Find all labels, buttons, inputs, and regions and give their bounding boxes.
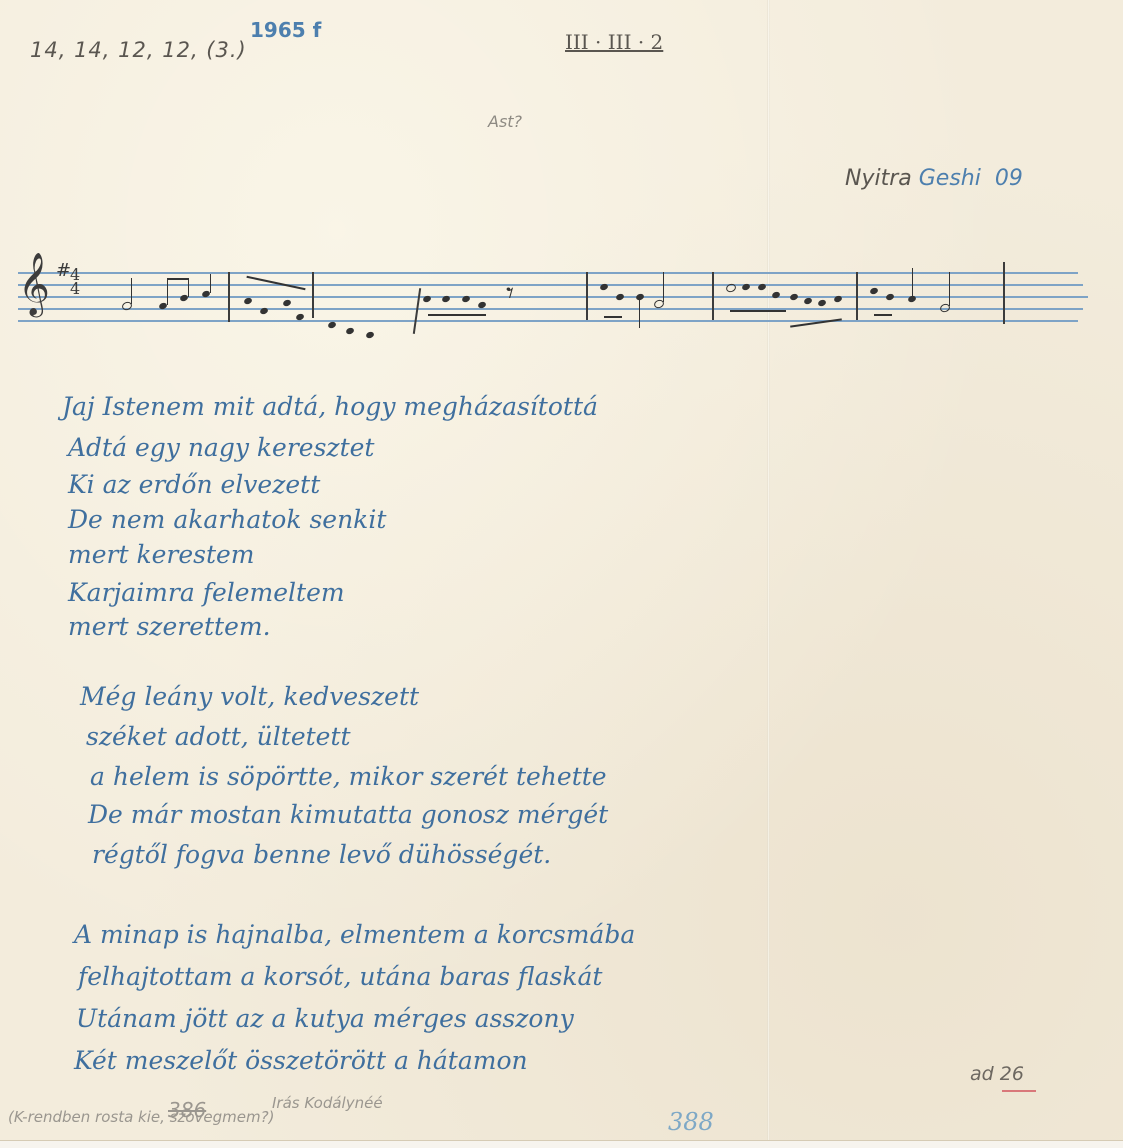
struck-number: 386 [168,1098,206,1122]
sharp-icon: # [56,260,71,281]
lyric-line: régtől fogva benne levő dühösségét. [92,840,551,869]
lyric-line: felhajtottam a korsót, utána baras flask… [78,962,602,991]
lyric-line: a helem is söpörtte, mikor szerét tehett… [90,762,607,791]
lyric-line: De már mostan kimutatta gonosz mérgét [88,800,608,829]
lyric-line: Jaj Istenem mit adtá, hogy megházasított… [62,392,598,421]
catalog-numbers: 14, 14, 12, 12, (3.) [30,38,247,62]
rest-icon: 𝄾 [506,276,514,311]
roman-reference: III · III · 2 [565,30,663,54]
place-pencil: Nyitra [845,166,912,191]
manuscript-page: 14, 14, 12, 12, (3.) 1965 f III · III · … [0,0,1123,1148]
lyric-line: mert szerettem. [68,612,271,641]
ad-note: ad 26 [970,1063,1024,1085]
lyric-line: Ki az erdőn elvezett [68,470,320,499]
lyric-line: De nem akarhatok senkit [68,505,386,534]
lyric-line: A minap is hajnalba, elmentem a korcsmáb… [74,920,635,949]
lyric-line: Még leány volt, kedveszett [80,682,419,711]
lyric-line: Karjaimra felemeltem [68,578,345,607]
paper-fold [767,0,770,1148]
place-ink: Geshi [919,166,981,191]
year-mark: 1965 f [250,18,321,42]
lyric-line: széket adott, ültetett [86,722,351,751]
blue-number: 388 [668,1108,714,1136]
year-short: 09 [995,166,1023,191]
scan-edge [0,1140,1123,1148]
small-pencil-note: Ast? [488,112,522,131]
lyric-line: mert kerestem [68,540,255,569]
red-underline [1002,1090,1036,1092]
time-signature: 4 4 [70,268,80,296]
place-annotation: Nyitra Geshi 09 [845,166,1023,191]
lyric-line: Két meszelőt összetörött a hátamon [74,1046,528,1075]
treble-clef-icon: 𝄞 [18,252,50,316]
lyric-line: Adtá egy nagy keresztet [68,433,374,462]
lyric-line: Utánam jött az a kutya mérges asszony [76,1004,574,1033]
music-staff: 𝄞 # 4 4 𝄾 [18,262,1103,342]
pencil-note-left: (K-rendben rosta kie, szövegmem?) [8,1108,274,1126]
pencil-attribution: Irás Kodálynéé [272,1094,383,1112]
